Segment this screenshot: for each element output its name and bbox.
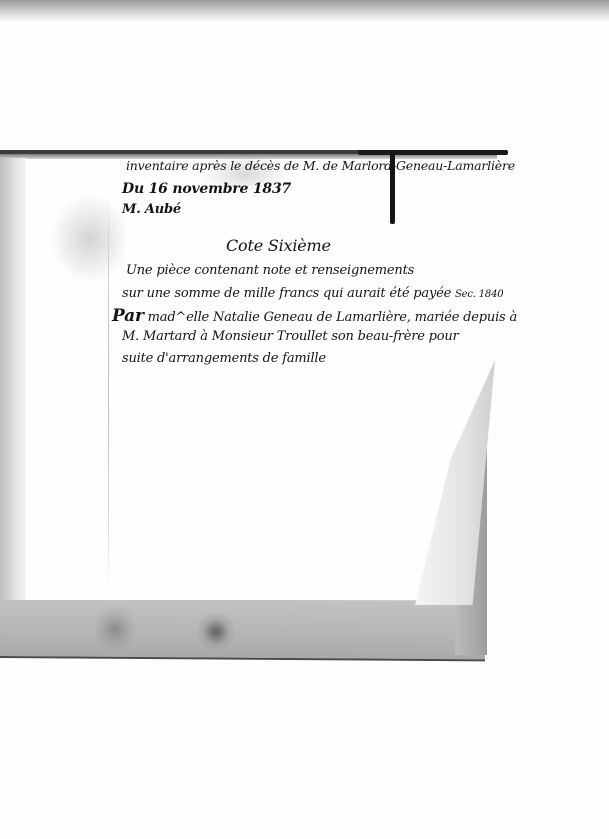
body-line-2: sur une somme de mille francs qui aurait… (122, 286, 503, 301)
body-line-2-text: sur une somme de mille francs qui aurait… (122, 286, 451, 301)
margin-note: Sec. 1840 (455, 289, 503, 300)
ink-bar-mark (358, 150, 508, 155)
body-line-3-text: mad^elle Natalie Geneau de Lamarlière, m… (144, 310, 517, 325)
body-line-1: Une pièce contenant note et renseignemen… (126, 263, 414, 278)
bottom-board-strip (0, 598, 485, 661)
section-title: Cote Sixième (226, 236, 331, 255)
scanner-shadow (0, 0, 609, 22)
paper-smudge (50, 194, 130, 284)
ink-stain (95, 599, 135, 659)
manuscript-sheet (0, 150, 497, 600)
sheet-left-edge (0, 158, 26, 604)
header-date: Du 16 novembre 1837 (122, 181, 291, 197)
header-notary: M. Aubé (122, 202, 181, 217)
body-line-5: suite d'arrangements de famille (122, 351, 326, 366)
scanned-page: inventaire après le décès de M. de Marlo… (0, 0, 609, 839)
body-line-3-initial: Par (112, 306, 144, 326)
header-line-1: inventaire après le décès de M. de Marlo… (126, 158, 515, 173)
body-line-4: M. Martard à Monsieur Troullet son beau-… (122, 329, 459, 344)
body-line-3: Par mad^elle Natalie Geneau de Lamarlièr… (112, 306, 517, 326)
ink-stain (196, 611, 236, 651)
